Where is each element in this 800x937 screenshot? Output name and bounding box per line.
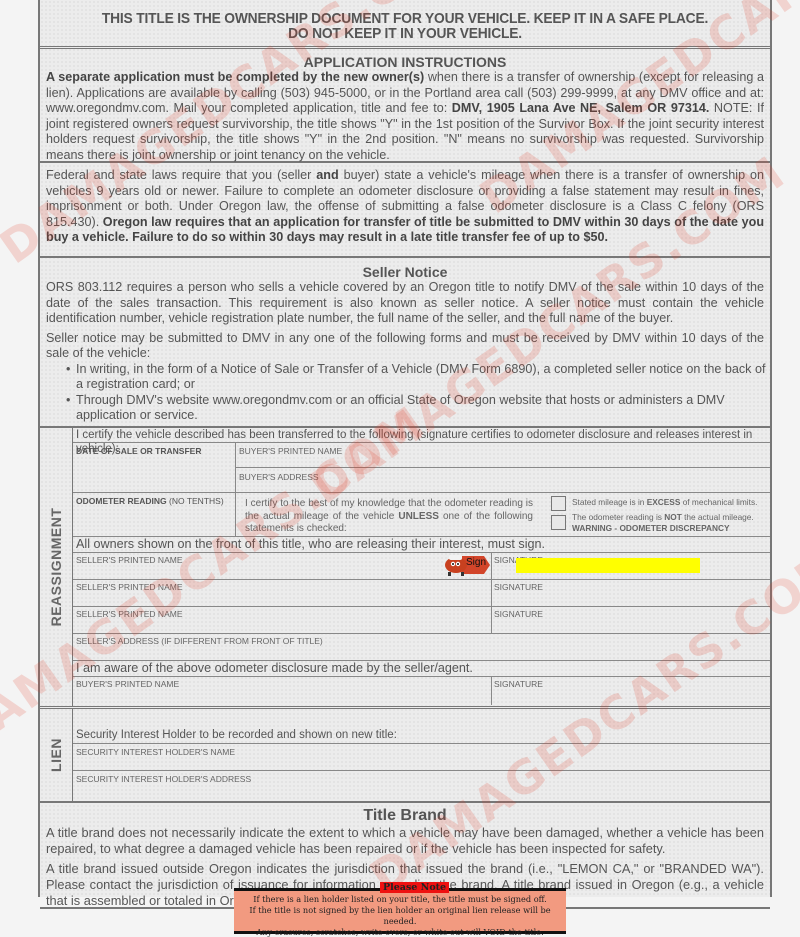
buyer-name-label: BUYER'S PRINTED NAME bbox=[239, 446, 342, 456]
seller-notice-para-2: Seller notice may be submitted to DMV in… bbox=[40, 331, 770, 362]
please-note-line-1: If there is a lien holder listed on your… bbox=[234, 894, 566, 905]
reassignment-label: REASSIGNMENT bbox=[40, 428, 73, 706]
all-owners-statement: All owners shown on the front of this ti… bbox=[73, 537, 770, 551]
please-note-banner: Please Note If there is a lien holder li… bbox=[234, 888, 566, 934]
seller-notice-list: In writing, in the form of a Notice of S… bbox=[40, 362, 770, 424]
seller-notice-para-1: ORS 803.112 requires a person who sells … bbox=[40, 280, 770, 327]
please-note-tag: Please Note bbox=[380, 882, 449, 893]
buyer-address-field[interactable]: BUYER'S ADDRESS bbox=[235, 467, 770, 493]
banner-line-1: THIS TITLE IS THE OWNERSHIP DOCUMENT FOR… bbox=[69, 11, 741, 26]
seller-name-label: SELLER'S PRINTED NAME bbox=[76, 555, 182, 565]
please-note-line-2: If the title is not signed by the lien h… bbox=[234, 905, 566, 927]
seller-address-label: SELLER'S ADDRESS (IF DIFFERENT FROM FRON… bbox=[76, 636, 323, 646]
seller-name-label: SELLER'S PRINTED NAME bbox=[76, 609, 182, 619]
odometer-law-notice: Federal and state laws require that you … bbox=[40, 163, 770, 258]
signature-label: SIGNATURE bbox=[494, 679, 543, 689]
title-brand-heading: Title Brand bbox=[40, 807, 770, 825]
signature-label: SIGNATURE bbox=[494, 582, 543, 592]
list-item: In writing, in the form of a Notice of S… bbox=[76, 362, 770, 393]
excess-mileage-checkbox[interactable] bbox=[551, 496, 566, 511]
application-instructions: APPLICATION INSTRUCTIONS A separate appl… bbox=[40, 49, 770, 163]
list-item: Through DMV's website www.oregondmv.com … bbox=[76, 393, 770, 424]
date-of-sale-label: DATE OF SALE OR TRANSFER bbox=[76, 446, 201, 456]
seller-notice-heading: Seller Notice bbox=[40, 264, 770, 280]
title-document-back: THIS TITLE IS THE OWNERSHIP DOCUMENT FOR… bbox=[38, 0, 772, 897]
lien-section: LIEN Security Interest Holder to be reco… bbox=[40, 709, 770, 803]
seller-name-label: SELLER'S PRINTED NAME bbox=[76, 582, 182, 592]
lien-holder-address-label: SECURITY INTEREST HOLDER'S ADDRESS bbox=[76, 774, 251, 784]
lien-intro: Security Interest Holder to be recorded … bbox=[76, 729, 397, 741]
buyer-name-label: BUYER'S PRINTED NAME bbox=[76, 679, 179, 689]
odometer-law-text: Federal and state laws require that you … bbox=[40, 168, 770, 246]
lien-holder-name-label: SECURITY INTEREST HOLDER'S NAME bbox=[76, 747, 235, 757]
seller-notice: Seller Notice ORS 803.112 requires a per… bbox=[40, 258, 770, 428]
seller-name-field-2[interactable]: SELLER'S PRINTED NAME bbox=[73, 580, 492, 606]
lien-holder-address-field[interactable]: SECURITY INTEREST HOLDER'S ADDRESS bbox=[73, 771, 770, 799]
buyer-name-field-2[interactable]: BUYER'S PRINTED NAME bbox=[73, 677, 492, 705]
seller-signature-field-3[interactable]: SIGNATURE bbox=[491, 607, 770, 633]
lien-label: LIEN bbox=[40, 709, 73, 801]
buyer-name-field[interactable]: BUYER'S PRINTED NAME bbox=[235, 443, 770, 468]
signature-highlight[interactable] bbox=[516, 558, 700, 573]
odometer-reading-field[interactable]: ODOMETER READING (NO TENTHS) bbox=[73, 493, 236, 536]
excess-mileage-label: Stated mileage is in EXCESS of mechanica… bbox=[572, 497, 757, 507]
lien-holder-name-field[interactable]: SECURITY INTEREST HOLDER'S NAME bbox=[73, 743, 770, 771]
odometer-reading-label: ODOMETER READING (NO TENTHS) bbox=[76, 496, 224, 506]
ownership-banner: THIS TITLE IS THE OWNERSHIP DOCUMENT FOR… bbox=[40, 0, 770, 49]
date-of-sale-field[interactable]: DATE OF SALE OR TRANSFER bbox=[73, 443, 236, 492]
banner-line-2: DO NOT KEEP IT IN YOUR VEHICLE. bbox=[69, 26, 741, 41]
buyer-address-label: BUYER'S ADDRESS bbox=[239, 472, 319, 482]
please-note-line-3: Any erasures, scratches, write overs, or… bbox=[234, 927, 566, 937]
sign-here-sticker: Sign bbox=[444, 553, 490, 577]
seller-name-field-1[interactable]: SELLER'S PRINTED NAME bbox=[73, 553, 492, 579]
odometer-certification: I certify to the best of my knowledge th… bbox=[245, 498, 533, 536]
application-instructions-heading: APPLICATION INSTRUCTIONS bbox=[40, 54, 770, 70]
buyer-signature-field[interactable]: SIGNATURE bbox=[491, 677, 770, 705]
aware-statement: I am aware of the above odometer disclos… bbox=[73, 661, 770, 675]
not-actual-mileage-label: The odometer reading is NOT the actual m… bbox=[572, 512, 754, 534]
seller-address-field[interactable]: SELLER'S ADDRESS (IF DIFFERENT FROM FRON… bbox=[73, 634, 770, 661]
not-actual-mileage-checkbox[interactable] bbox=[551, 515, 566, 530]
seller-signature-field-2[interactable]: SIGNATURE bbox=[491, 580, 770, 606]
seller-name-field-3[interactable]: SELLER'S PRINTED NAME bbox=[73, 607, 492, 633]
signature-label: SIGNATURE bbox=[494, 609, 543, 619]
title-brand-para-1: A title brand does not necessarily indic… bbox=[40, 825, 770, 857]
sign-sticker-text: Sign bbox=[466, 557, 486, 568]
application-instructions-text: A separate application must be completed… bbox=[40, 70, 770, 163]
